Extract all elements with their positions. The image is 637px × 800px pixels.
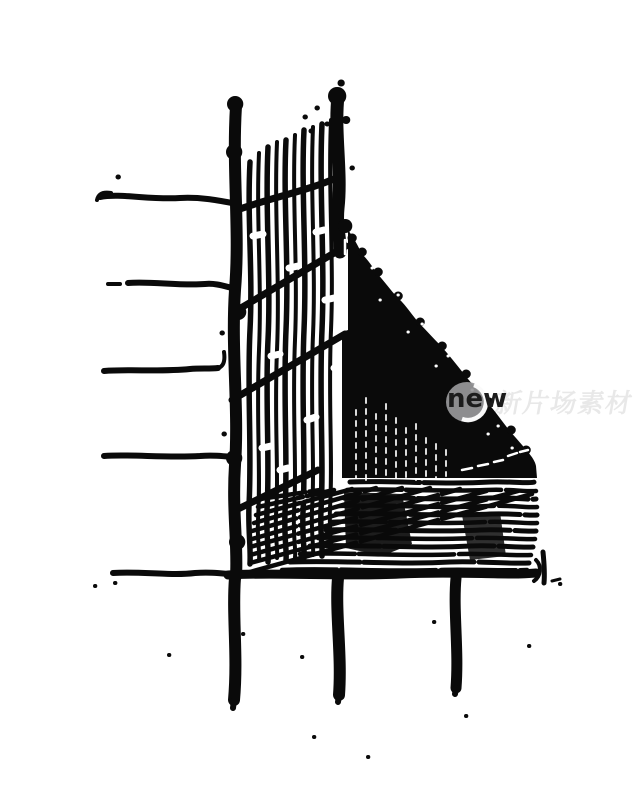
course-line-hooks	[97, 193, 224, 583]
stock-image-canvas: new 新片场素材	[0, 0, 637, 800]
left-post-shaft	[234, 106, 237, 576]
support-leg	[455, 578, 457, 688]
beam-dark-blotch-left	[344, 492, 412, 556]
watermark-brand: 新片场素材	[493, 389, 636, 419]
ink-specks	[95, 579, 560, 757]
wall-course-lines	[97, 193, 232, 583]
support-legs	[233, 578, 457, 708]
left-post	[234, 104, 238, 576]
watermark-brand-text: 新片场素材	[493, 389, 636, 419]
watermark: new 新片场素材	[446, 382, 635, 422]
beam-right-tick	[543, 552, 544, 583]
course-line	[100, 196, 232, 574]
beam-bottom-edge	[228, 573, 536, 575]
corbel-shadow-mass	[342, 226, 537, 481]
engraving-illustration: new 新片场素材	[0, 0, 637, 800]
support-leg	[337, 578, 340, 695]
speck-dash	[552, 579, 560, 581]
beam-hatching	[228, 482, 544, 583]
support-leg	[234, 578, 235, 700]
speck-dots	[95, 584, 560, 757]
